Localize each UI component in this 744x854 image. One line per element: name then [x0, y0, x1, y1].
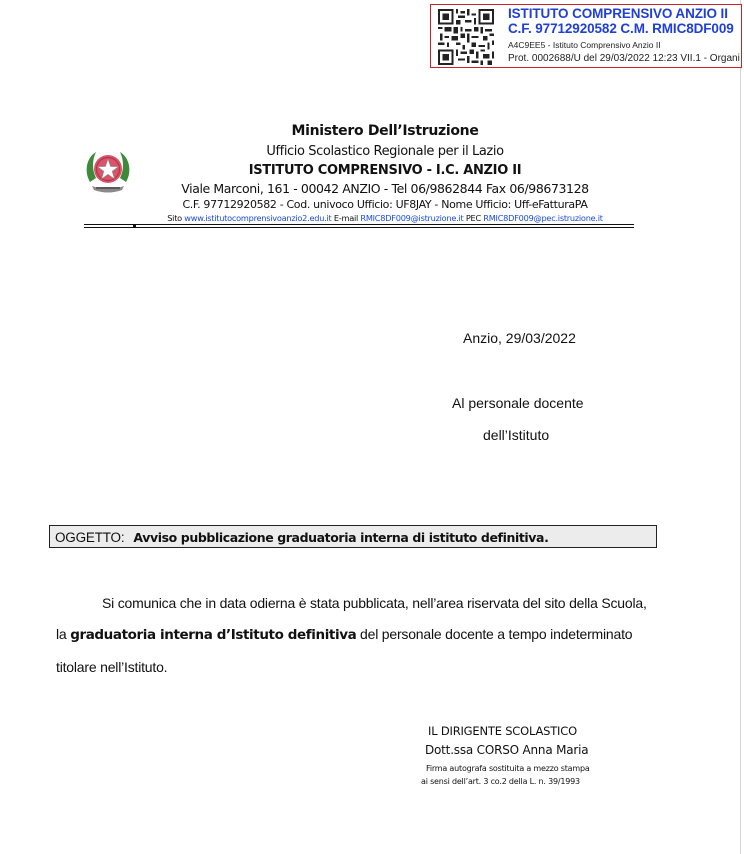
school-contacts: Sito www.istitutocomprensivoanzio2.edu.i… [140, 213, 630, 223]
letterhead-divider-secondary [84, 227, 634, 228]
stamp-school-name: ISTITUTO COMPRENSIVO ANZIO II [508, 6, 740, 21]
signatory-role: IL DIRIGENTE SCOLASTICO [428, 724, 577, 738]
school-address: Viale Marconi, 161 - 00042 ANZIO - Tel 0… [140, 181, 630, 196]
stamp-codes: C.F. 97712920582 C.M. RMIC8DF009 [508, 21, 740, 36]
signatory-name: Dott.ssa CORSO Anna Maria [425, 743, 588, 757]
signature-note-2: ai sensi dell’art. 3 co.2 della L. n. 39… [421, 777, 580, 786]
pec-label: PEC [466, 213, 481, 223]
place-and-date: Anzio, 29/03/2022 [463, 330, 576, 346]
body-line-2-suffix: del personale docente a tempo indetermin… [356, 626, 632, 642]
stamp-protocol-number: Prot. 0002688/U del 29/03/2022 12:23 VII… [508, 52, 740, 65]
page-edge-divider [740, 0, 741, 854]
qr-code-icon [438, 9, 494, 65]
body-line-2: la graduatoria interna d’Istituto defini… [56, 626, 632, 643]
pec-link[interactable]: RMIC8DF009@pec.istruzione.it [483, 213, 602, 223]
site-label: Sito [167, 213, 182, 223]
email-label: E-mail [334, 213, 358, 223]
body-line-2-prefix: la [56, 626, 70, 642]
school-fiscal-info: C.F. 97712920582 - Cod. univoco Ufficio:… [140, 198, 630, 211]
divider-mark [133, 224, 136, 227]
italian-republic-emblem-icon [82, 146, 134, 198]
subject-label: OGGETTO: [55, 530, 124, 545]
subject-text: Avviso pubblicazione graduatoria interna… [133, 530, 548, 545]
ministry-title: Ministero Dell’Istruzione [140, 123, 630, 139]
recipient-line-2: dell’Istituto [483, 427, 549, 443]
website-link[interactable]: www.istitutocomprensivoanzio2.edu.it [184, 213, 331, 223]
body-line-1: Si comunica che in data odierna è stata … [102, 595, 647, 611]
stamp-aoo: A4C9EE5 - Istituto Comprensivo Anzio II [508, 39, 740, 52]
school-name: ISTITUTO COMPRENSIVO - I.C. ANZIO II [140, 163, 630, 178]
email-link[interactable]: RMIC8DF009@istruzione.it [360, 213, 463, 223]
signature-note-1: Firma autografa sostituita a mezzo stamp… [426, 764, 590, 773]
regional-office: Ufficio Scolastico Regionale per il Lazi… [140, 144, 630, 159]
recipient-line-1: Al personale docente [452, 395, 584, 411]
subject-box: OGGETTO:Avviso pubblicazione graduatoria… [49, 525, 657, 548]
letterhead-divider [84, 224, 634, 225]
body-line-3: titolare nell’Istituto. [56, 659, 167, 675]
protocol-stamp: ISTITUTO COMPRENSIVO ANZIO II C.F. 97712… [430, 4, 742, 68]
body-emphasis: graduatoria interna d’Istituto definitiv… [70, 627, 356, 643]
